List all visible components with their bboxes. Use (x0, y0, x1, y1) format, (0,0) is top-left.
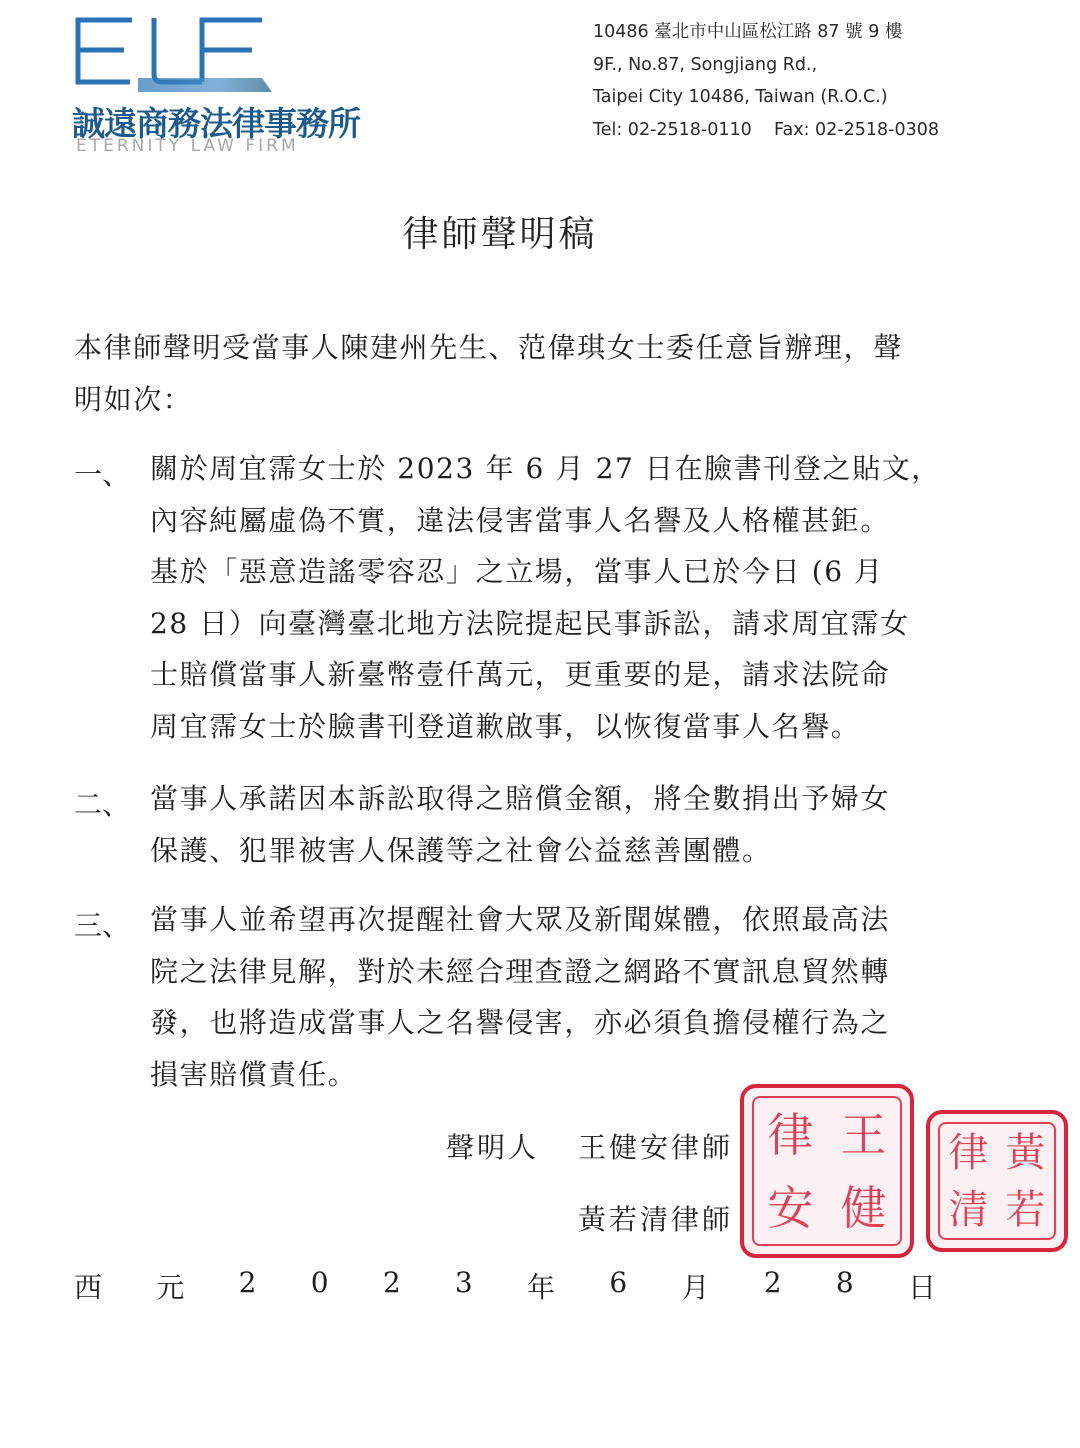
date-char: 3 (455, 1266, 473, 1306)
item-number-1: 一、 (74, 453, 130, 493)
address-line: 10486 臺北市中山區松江路 87 號 9 樓 (593, 16, 939, 49)
item-number-2: 二、 (74, 783, 130, 823)
item-body-1: 關於周宜霈女士於 2023 年 6 月 27 日在臉書刊登之貼文， 內容純屬虛偽… (150, 443, 941, 752)
date-char: 日 (908, 1266, 936, 1306)
item-line: 保護、犯罪被害人保護等之社會公益慈善團體。 (150, 825, 890, 877)
seal-stamp-2: 律 黃 清 若 (926, 1110, 1068, 1252)
firm-address-block: 10486 臺北市中山區松江路 87 號 9 樓 9F., No.87, Son… (593, 16, 939, 146)
document-date: 西 元 2 0 2 3 年 6 月 2 8 日 (74, 1266, 936, 1306)
item-body-2: 當事人承諾因本訴訟取得之賠償金額，將全數捐出予婦女 保護、犯罪被害人保護等之社會… (150, 773, 890, 876)
address-line: Taipei City 10486, Taiwan (R.O.C.) (593, 81, 939, 114)
seal-char: 健 (827, 1185, 900, 1231)
contact-line: Tel: 02-2518-0110 Fax: 02-2518-0308 (593, 114, 939, 147)
date-char: 2 (239, 1266, 257, 1306)
intro-line: 本律師聲明受當事人陳建州先生、范偉琪女士委任意旨辦理，聲 (74, 322, 903, 374)
item-line: 院之法律見解，對於未經合理查證之網路不實訊息貿然轉 (150, 946, 890, 998)
seal-char: 律 (940, 1133, 997, 1173)
address-line: 9F., No.87, Songjiang Rd., (593, 49, 939, 82)
item-line: 基於「惡意造謠零容忍」之立場，當事人已於今日 (6 月 (150, 546, 941, 598)
intro-paragraph: 本律師聲明受當事人陳建州先生、范偉琪女士委任意旨辦理，聲 明如次： (74, 322, 903, 425)
lawyer-name-1: 王健安律師 (578, 1126, 733, 1166)
date-char: 年 (527, 1266, 555, 1306)
seal-stamp-1: 律 王 安 健 (740, 1084, 914, 1258)
lawyer-name-2: 黃若清律師 (578, 1198, 733, 1238)
date-char: 8 (836, 1266, 854, 1306)
date-char: 2 (383, 1266, 401, 1306)
date-char: 6 (609, 1266, 627, 1306)
item-line: 關於周宜霈女士於 2023 年 6 月 27 日在臉書刊登之貼文， (150, 443, 941, 495)
item-line: 周宜霈女士於臉書刊登道歉啟事，以恢復當事人名譽。 (150, 701, 941, 753)
declarant-label: 聲明人 (446, 1126, 539, 1166)
seal-char: 黃 (997, 1133, 1054, 1173)
item-line: 士賠償當事人新臺幣壹仟萬元，更重要的是，請求法院命 (150, 649, 941, 701)
date-char: 2 (764, 1266, 782, 1306)
intro-line: 明如次： (74, 374, 903, 426)
item-line: 內容純屬虛偽不實，違法侵害當事人名譽及人格權甚鉅。 (150, 495, 941, 547)
item-body-3: 當事人並希望再次提醒社會大眾及新聞媒體，依照最高法 院之法律見解，對於未經合理查… (150, 894, 890, 1100)
seal-char: 安 (754, 1185, 827, 1231)
item-number-3: 三、 (74, 904, 130, 944)
date-char: 月 (681, 1266, 709, 1306)
seal-char: 若 (997, 1190, 1054, 1230)
seal-char: 清 (940, 1190, 997, 1230)
date-char: 0 (311, 1266, 329, 1306)
firm-logo: 誠遠商務法律事務所 ETERNITY LAW FIRM (72, 12, 402, 152)
item-line: 當事人並希望再次提醒社會大眾及新聞媒體，依照最高法 (150, 894, 890, 946)
date-char: 元 (156, 1266, 184, 1306)
seal-char: 律 (754, 1112, 827, 1158)
item-line: 28 日）向臺灣臺北地方法院提起民事訴訟，請求周宜霈女 (150, 598, 941, 650)
item-line: 發，也將造成當事人之名譽侵害，亦必須負擔侵權行為之 (150, 997, 890, 1049)
document-title: 律師聲明稿 (0, 206, 1000, 257)
ele-logo-mark-icon (72, 12, 272, 94)
date-char: 西 (74, 1266, 102, 1306)
item-line: 當事人承諾因本訴訟取得之賠償金額，將全數捐出予婦女 (150, 773, 890, 825)
seal-char: 王 (827, 1112, 900, 1158)
firm-name-en: ETERNITY LAW FIRM (76, 136, 299, 156)
